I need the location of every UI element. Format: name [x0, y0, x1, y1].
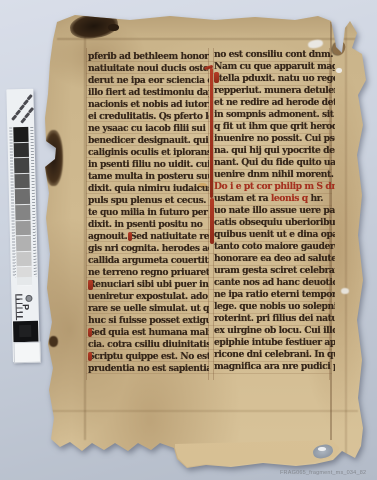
- fold-crease-outer: [345, 26, 347, 454]
- text-column-right: no est consiliu cont dnm.Nam cu que appa…: [214, 49, 335, 379]
- manuscript-line: dixit. in psenti positu no: [88, 219, 209, 231]
- manuscript-line: et ne redire ad herode deter.: [214, 97, 335, 109]
- manuscript-line: in sompnis admonent. sit: [214, 109, 335, 121]
- manuscript-line: honorare ea deo ad salute: [214, 253, 335, 265]
- manuscript-line: epiphie intube festiuer apu: [214, 337, 335, 349]
- red-flourish-initial: [210, 68, 213, 198]
- manuscript-line: in psenti filiu no uidit. cui: [88, 159, 209, 171]
- manuscript-line: uo nate illo assue uere pa: [214, 205, 335, 217]
- manuscript-line: ei credulitatis. Qs pferto le: [88, 111, 209, 123]
- manuscript-line: ne ipa ratio eterni tempori: [214, 289, 335, 301]
- manuscript-line: ueniretur expostulat. ado: [88, 291, 209, 303]
- red-flourish-lower: [210, 198, 214, 244]
- manuscript-line: roterint. pri filius dei natus: [214, 313, 335, 325]
- manuscript-line: te quo milia in futuro per: [88, 207, 209, 219]
- manuscript-line: gis nri cognita. herodes ad: [88, 243, 209, 255]
- red-initial-sed2: [88, 328, 92, 337]
- crease-bottom: [50, 410, 358, 412]
- manuscript-line: pferib ad bethleem honoran: [88, 51, 209, 63]
- manuscript-line: natiuitate noui ducis oste: [88, 63, 209, 75]
- manuscript-line: callida argumeta couertitur.: [88, 255, 209, 267]
- manuscript-line: ustam et ra leonis q hr.: [214, 193, 335, 205]
- manuscript-fragment: pferib ad bethleem honorannatiuitate nou…: [0, 0, 377, 480]
- manuscript-line: cia. cotra csiliu diuinitatis.: [88, 339, 209, 351]
- manuscript-line: quibus uenit ut e dina opa. uid: [214, 229, 335, 241]
- manuscript-line: magnifica ara nre pudici pri: [214, 361, 335, 373]
- manuscript-line: Sed quia est humana mali: [88, 327, 209, 339]
- manuscript-line: cante nos ad hanc deuotio: [214, 277, 335, 289]
- manuscript-line: no est consiliu cont dnm.: [214, 49, 335, 61]
- manuscript-line: Scriptu quippe est. No est: [88, 351, 209, 363]
- manuscript-line: puls spu plenus et cecus. ei: [88, 195, 209, 207]
- manuscript-line: q fit ut ihm que qrit herodes.: [214, 121, 335, 133]
- manuscript-line: nant. Qui du fide quito ua: [214, 157, 335, 169]
- text-column-left: pferib ad bethleem honorannatiuitate nou…: [88, 51, 209, 381]
- manuscript-line: nacionis et nobis ad iutori: [88, 99, 209, 111]
- manuscript-line: tanto coto maiore gaudere et: [214, 241, 335, 253]
- manuscript-line: ex uirgine ob locu. Cui illo: [214, 325, 335, 337]
- manuscript-line: repperiut. munera detulert.: [214, 85, 335, 97]
- manuscript-line: agnouit. Sed natiuitate re: [88, 231, 209, 243]
- manuscript-line: inuenire no possit. Cui pso: [214, 133, 335, 145]
- manuscript-line: catis obsequiu uberioribus: [214, 217, 335, 229]
- white-speck: [336, 68, 342, 73]
- glint-bottom-right: [318, 447, 326, 451]
- manuscript-line: rare se uelle simulat. ut qsi: [88, 303, 209, 315]
- white-damage-spot: [307, 39, 323, 49]
- manuscript-line: dixit. quia nimiru iudaicus: [88, 183, 209, 195]
- manuscript-line: Do i e pt cor philip m S dnobl: [214, 181, 335, 193]
- manuscript-line: Renuciari sibi ubi puer in: [88, 279, 209, 291]
- manuscript-line: illo fiert ad testimoniu dap: [88, 87, 209, 99]
- manuscript-line: tame multa in posteru suu: [88, 171, 209, 183]
- manuscript-line: ne terreno regno priuaret.: [88, 267, 209, 279]
- manuscript-line: uram gesta sciret celebrare uo: [214, 265, 335, 277]
- photo-stage: P: [0, 0, 377, 480]
- manuscript-line: ricone dni celebrani. In quo: [214, 349, 335, 361]
- stain-left-edge: [44, 130, 63, 186]
- manuscript-line: Nam cu que apparuit mago: [214, 61, 335, 73]
- manuscript-line: na. qui hij qui ypocrite desig: [214, 145, 335, 157]
- manuscript-line: ne ysaac cu iacob filii sui: [88, 123, 209, 135]
- manuscript-line: prudentia no est sapientia.: [88, 363, 209, 375]
- white-speck-right: [341, 288, 349, 294]
- stain-spot-lower-left: [49, 336, 58, 347]
- manuscript-line: caliginis oculis et iplorans: [88, 147, 209, 159]
- manuscript-line: derut ne ipa eor sciencia et: [88, 75, 209, 87]
- ruling-left-outer: [86, 48, 87, 380]
- red-initial-sed: [128, 232, 132, 241]
- manuscript-line: stella pduxit. natu uo rege: [214, 73, 335, 85]
- image-caption: FRAG065_fragment_ms_034_82: [280, 470, 366, 476]
- manuscript-line: lege. que nobis uo solepni q: [214, 301, 335, 313]
- red-initial-mark-right: [214, 72, 219, 83]
- parchment-shadow-wrap: pferib ad bethleem honorannatiuitate nou…: [0, 0, 377, 480]
- stain-spot: [108, 24, 119, 31]
- manuscript-line: uenire dnm nihil morent.: [214, 169, 335, 181]
- manuscript-line: benedicer designauit. qui et: [88, 135, 209, 147]
- red-initial-r: [88, 280, 93, 290]
- manuscript-line: huc si fuisse posset extiguat.: [88, 315, 209, 327]
- red-initial-scriptu: [88, 352, 92, 361]
